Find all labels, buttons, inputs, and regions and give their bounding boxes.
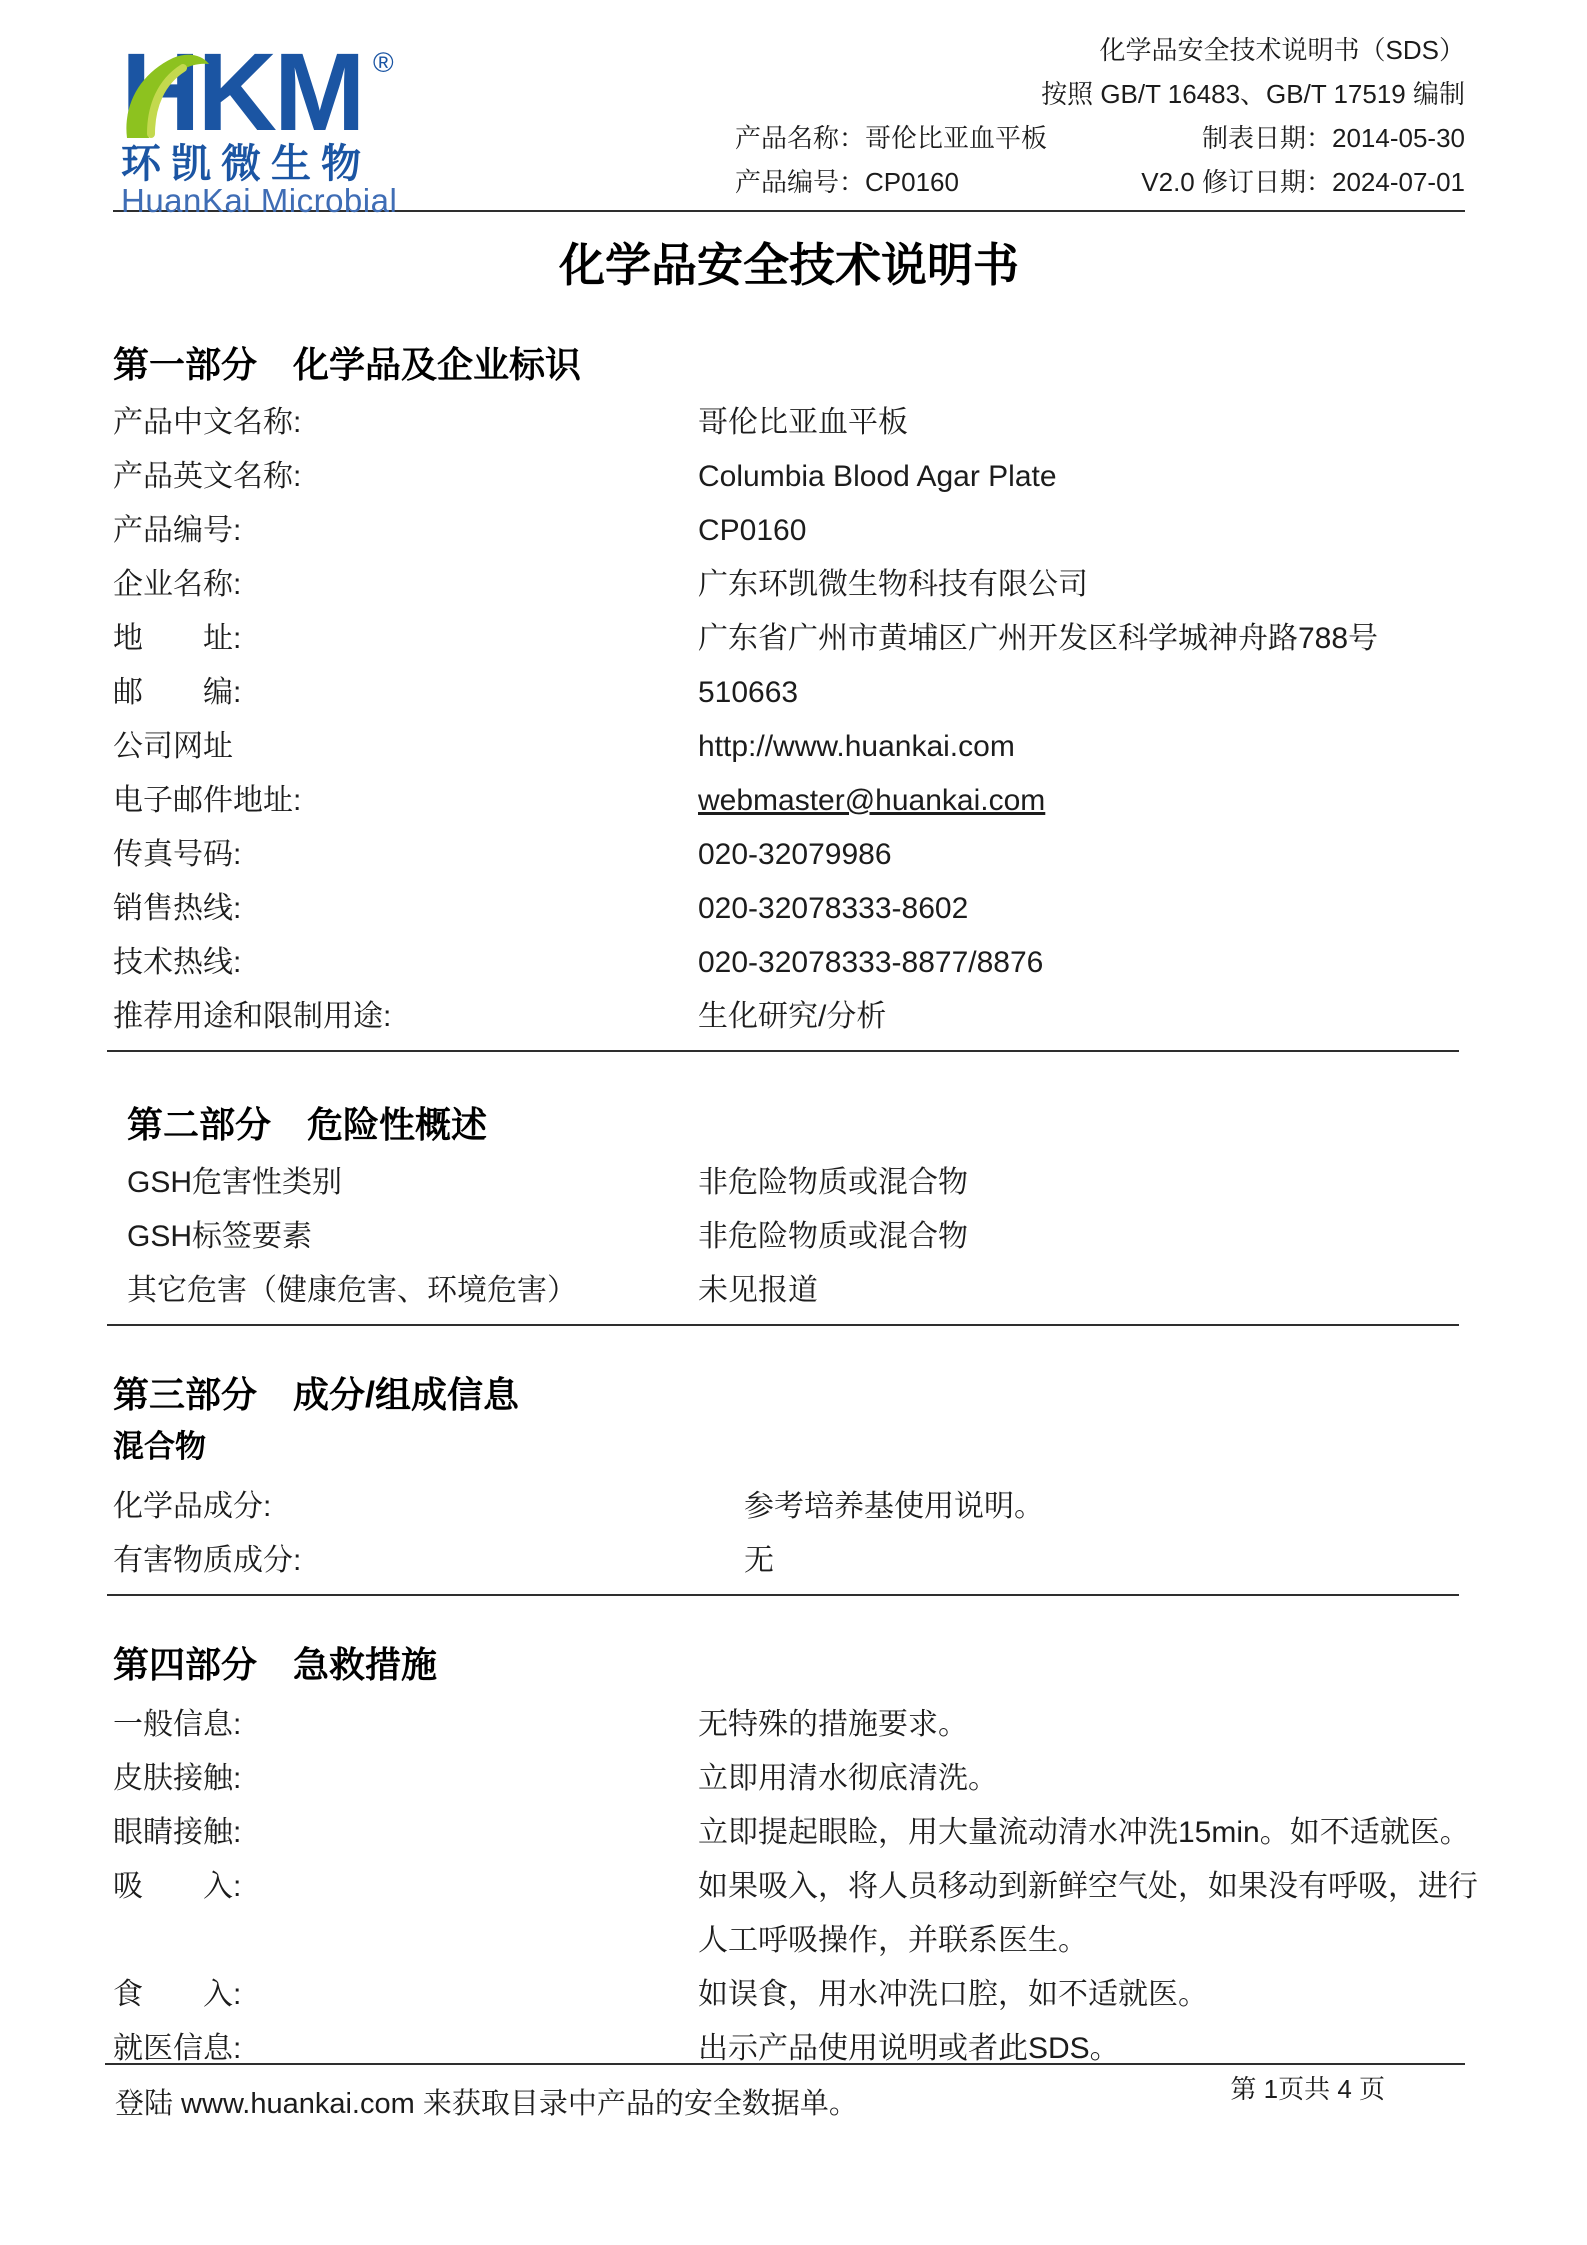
- field-label: 产品中文名称:: [113, 396, 698, 450]
- field-label: 地 址:: [113, 612, 698, 666]
- section-2-heading: 第二部分 危险性概述: [127, 1102, 1486, 1148]
- row-other-hazards: 其它危害（健康危害、环境危害） 未见报道: [127, 1264, 1486, 1318]
- email-link[interactable]: webmaster@huankai.com: [698, 774, 1486, 828]
- page-content: HKM ® 环凯微生物 HuanKai Microbial 产品名称：哥伦比亚血…: [113, 0, 1486, 2076]
- row-gsh-hazard-class: GSH危害性类别 非危险物质或混合物: [127, 1156, 1486, 1210]
- section-3-composition: 第三部分 成分/组成信息 混合物 化学品成分: 参考培养基使用说明。 有害物质成…: [113, 1372, 1486, 1596]
- row-chemical-composition: 化学品成分: 参考培养基使用说明。: [113, 1480, 1486, 1534]
- header-product-code-line: 产品编号：CP0160: [735, 160, 1047, 204]
- row-website: 公司网址 http://www.huankai.com: [113, 720, 1486, 774]
- field-value: 020-32078333-8877/8876: [698, 936, 1486, 990]
- header-product-name-line: 产品名称：哥伦比亚血平板: [735, 116, 1047, 160]
- field-value: 非危险物质或混合物: [698, 1210, 1486, 1264]
- row-recommended-use: 推荐用途和限制用途: 生化研究/分析: [113, 990, 1486, 1044]
- field-label: 其它危害（健康危害、环境危害）: [127, 1264, 698, 1318]
- field-value: Columbia Blood Agar Plate: [698, 450, 1486, 504]
- field-value: 无: [698, 1534, 1486, 1588]
- field-label: GSH危害性类别: [127, 1156, 698, 1210]
- sds-document-page: HKM ® 环凯微生物 HuanKai Microbial 产品名称：哥伦比亚血…: [0, 0, 1587, 2245]
- row-gsh-label-elements: GSH标签要素 非危险物质或混合物: [127, 1210, 1486, 1264]
- row-product-code: 产品编号: CP0160: [113, 504, 1486, 558]
- field-value: 参考培养基使用说明。: [698, 1480, 1486, 1534]
- field-label: 化学品成分:: [113, 1480, 698, 1534]
- header-standard-line: 按照 GB/T 16483、GB/T 17519 编制: [1041, 72, 1465, 116]
- page-title: 化学品安全技术说明书: [113, 234, 1465, 296]
- section-1-identification: 第一部分 化学品及企业标识 产品中文名称: 哥伦比亚血平板 产品英文名称: Co…: [113, 342, 1486, 1052]
- field-label: 皮肤接触:: [113, 1752, 698, 1806]
- section-2-hazard-overview: 第二部分 危险性概述 GSH危害性类别 非危险物质或混合物 GSH标签要素 非危…: [127, 1102, 1486, 1326]
- field-value: 如果吸入，将人员移动到新鲜空气处，如果没有呼吸，进行人工呼吸操作，并联系医生。: [698, 1860, 1486, 1968]
- section-1-rows: 产品中文名称: 哥伦比亚血平板 产品英文名称: Columbia Blood A…: [113, 396, 1486, 1044]
- row-harmful-components: 有害物质成分: 无: [113, 1534, 1486, 1588]
- field-label: 有害物质成分:: [113, 1534, 698, 1588]
- page-footer: 第 1页共 4 页 登陆 www.huankai.com 来获取目录中产品的安全…: [105, 2063, 1465, 2122]
- field-label: 邮 编:: [113, 666, 698, 720]
- row-product-chinese-name: 产品中文名称: 哥伦比亚血平板: [113, 396, 1486, 450]
- row-company-name: 企业名称: 广东环凯微生物科技有限公司: [113, 558, 1486, 612]
- row-email: 电子邮件地址: webmaster@huankai.com: [113, 774, 1486, 828]
- field-label: 传真号码:: [113, 828, 698, 882]
- field-value: CP0160: [698, 504, 1486, 558]
- field-label: 公司网址: [113, 720, 698, 774]
- field-value: 哥伦比亚血平板: [698, 396, 1486, 450]
- field-label: 企业名称:: [113, 558, 698, 612]
- row-tech-hotline: 技术热线: 020-32078333-8877/8876: [113, 936, 1486, 990]
- row-product-english-name: 产品英文名称: Columbia Blood Agar Plate: [113, 450, 1486, 504]
- field-label: 食 入:: [113, 1968, 698, 2022]
- logo-english-name: HuanKai Microbial: [121, 184, 421, 218]
- field-label: 吸 入:: [113, 1860, 698, 1968]
- field-label: 产品英文名称:: [113, 450, 698, 504]
- field-value: 广东省广州市黄埔区广州开发区科学城神舟路788号: [698, 612, 1486, 666]
- field-label: 销售热线:: [113, 882, 698, 936]
- section-1-heading: 第一部分 化学品及企业标识: [113, 342, 1486, 388]
- field-value: 非危险物质或混合物: [698, 1156, 1486, 1210]
- field-value: 无特殊的措施要求。: [698, 1698, 1486, 1752]
- field-value: 020-32079986: [698, 828, 1486, 882]
- row-sales-hotline: 销售热线: 020-32078333-8602: [113, 882, 1486, 936]
- section-divider: [107, 1050, 1459, 1052]
- field-label: 推荐用途和限制用途:: [113, 990, 698, 1044]
- hkm-logo-icon: HKM ®: [121, 46, 421, 141]
- row-ingestion: 食 入: 如误食，用水冲洗口腔，如不适就医。: [113, 1968, 1486, 2022]
- field-value: 广东环凯微生物科技有限公司: [698, 558, 1486, 612]
- website-url: http://www.huankai.com: [698, 720, 1486, 774]
- row-fax: 传真号码: 020-32079986: [113, 828, 1486, 882]
- field-label: 电子邮件地址:: [113, 774, 698, 828]
- header-revision-date-line: V2.0 修订日期：2024-07-01: [1041, 160, 1465, 204]
- header-meta-block: 化学品安全技术说明书（SDS） 按照 GB/T 16483、GB/T 17519…: [1041, 28, 1465, 204]
- field-value: 020-32078333-8602: [698, 882, 1486, 936]
- row-address: 地 址: 广东省广州市黄埔区广州开发区科学城神舟路788号: [113, 612, 1486, 666]
- field-value: 如误食，用水冲洗口腔，如不适就医。: [698, 1968, 1486, 2022]
- section-4-heading: 第四部分 急救措施: [113, 1642, 1486, 1688]
- company-logo: HKM ® 环凯微生物 HuanKai Microbial: [121, 46, 421, 218]
- field-value: 未见报道: [698, 1264, 1486, 1318]
- field-value: 立即用清水彻底清洗。: [698, 1752, 1486, 1806]
- mixture-subheading: 混合物: [113, 1422, 1486, 1472]
- header-doc-type-line: 化学品安全技术说明书（SDS）: [1041, 28, 1465, 72]
- section-4-first-aid: 第四部分 急救措施 一般信息: 无特殊的措施要求。 皮肤接触: 立即用清水彻底清…: [113, 1642, 1486, 2076]
- page-number-indicator: 第 1页共 4 页: [1230, 2069, 1385, 2106]
- field-value: 生化研究/分析: [698, 990, 1486, 1044]
- field-label: 技术热线:: [113, 936, 698, 990]
- field-label: 一般信息:: [113, 1698, 698, 1752]
- section-divider: [107, 1594, 1459, 1596]
- registered-trademark-icon: ®: [373, 47, 394, 78]
- logo-chinese-name: 环凯微生物: [121, 144, 421, 184]
- section-4-rows: 一般信息: 无特殊的措施要求。 皮肤接触: 立即用清水彻底清洗。 眼睛接触: 立…: [113, 1698, 1486, 2076]
- field-value: 510663: [698, 666, 1486, 720]
- header-created-date-line: 制表日期：2014-05-30: [1041, 116, 1465, 160]
- field-label: GSH标签要素: [127, 1210, 698, 1264]
- section-2-rows: GSH危害性类别 非危险物质或混合物 GSH标签要素 非危险物质或混合物 其它危…: [127, 1156, 1486, 1318]
- section-3-rows: 化学品成分: 参考培养基使用说明。 有害物质成分: 无: [113, 1480, 1486, 1588]
- row-skin-contact: 皮肤接触: 立即用清水彻底清洗。: [113, 1752, 1486, 1806]
- row-eye-contact: 眼睛接触: 立即提起眼睑，用大量流动清水冲洗15min。如不适就医。: [113, 1806, 1486, 1860]
- field-label: 眼睛接触:: [113, 1806, 698, 1860]
- row-postcode: 邮 编: 510663: [113, 666, 1486, 720]
- header-product-block: 产品名称：哥伦比亚血平板 产品编号：CP0160: [735, 116, 1047, 204]
- section-divider: [107, 1324, 1459, 1326]
- document-header: HKM ® 环凯微生物 HuanKai Microbial 产品名称：哥伦比亚血…: [113, 0, 1465, 212]
- section-3-heading: 第三部分 成分/组成信息: [113, 1372, 1486, 1418]
- row-inhalation: 吸 入: 如果吸入，将人员移动到新鲜空气处，如果没有呼吸，进行人工呼吸操作，并联…: [113, 1860, 1486, 1968]
- field-label: 产品编号:: [113, 504, 698, 558]
- row-general-info: 一般信息: 无特殊的措施要求。: [113, 1698, 1486, 1752]
- field-value: 立即提起眼睑，用大量流动清水冲洗15min。如不适就医。: [698, 1806, 1486, 1860]
